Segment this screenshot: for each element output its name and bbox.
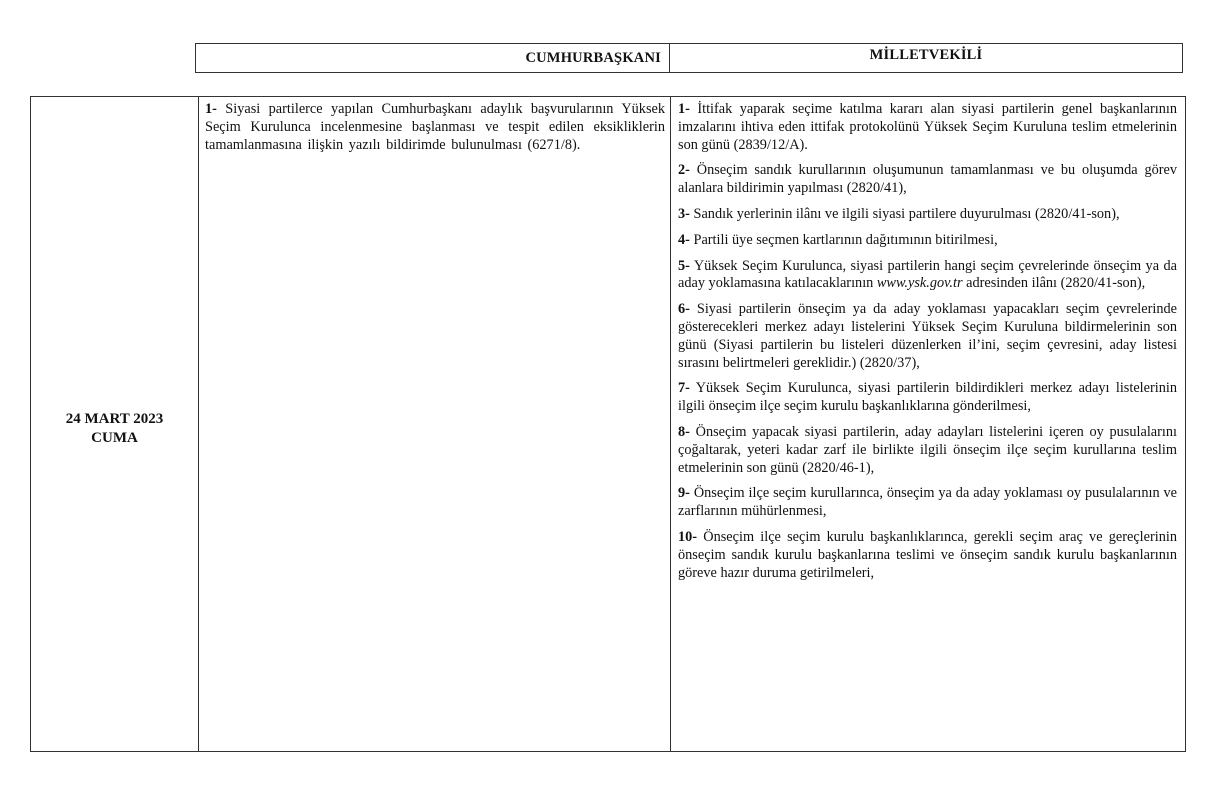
item-text: Siyasi partilerce yapılan Cumhurbaşkanı … [205,101,665,153]
milletvekili-item: 4- Partili üye seçmen kartlarının dağıtı… [678,232,1177,250]
schedule-table: 24 MART 2023 CUMA 1- Siyasi partilerce y… [30,96,1186,752]
item-number: 3- [678,206,690,222]
ysk-website-link[interactable]: www.ysk.gov.tr [877,275,963,291]
item-text: Önseçim yapacak siyasi partilerin, aday … [678,424,1177,476]
item-text: Sandık yerlerinin ilânı ve ilgili siyasi… [690,206,1120,222]
item-number: 4- [678,232,690,248]
item-number: 10- [678,529,697,545]
milletvekili-item: 9- Önseçim ilçe seçim kurullarınca, önse… [678,485,1177,521]
milletvekili-item: 7- Yüksek Seçim Kurulunca, siyasi partil… [678,380,1177,416]
item-number: 1- [205,101,217,117]
header-milletvekili: MİLLETVEKİLİ [670,44,1182,72]
milletvekili-cell: 1- İttifak yaparak seçime katılma kararı… [671,97,1185,751]
item-text: Önseçim ilçe seçim kurulu başkanlıkların… [678,529,1177,581]
item-number: 8- [678,424,690,440]
milletvekili-item: 10- Önseçim ilçe seçim kurulu başkanlıkl… [678,529,1177,582]
milletvekili-item: 5- Yüksek Seçim Kurulunca, siyasi partil… [678,258,1177,294]
column-header-row: CUMHURBAŞKANI MİLLETVEKİLİ [195,43,1183,73]
milletvekili-item: 3- Sandık yerlerinin ilânı ve ilgili siy… [678,206,1177,224]
item-text: Yüksek Seçim Kurulunca, siyasi partileri… [678,380,1177,414]
day-text: CUMA [91,429,138,448]
item-text: Partili üye seçmen kartlarının dağıtımın… [690,232,998,248]
item-text: Önseçim ilçe seçim kurullarınca, önseçim… [678,485,1177,519]
item-text: İttifak yaparak seçime katılma kararı al… [678,101,1177,153]
header-cumhurbaskani: CUMHURBAŞKANI [196,44,670,72]
item-number: 1- [678,101,690,117]
date-cell: 24 MART 2023 CUMA [31,97,199,751]
date-text: 24 MART 2023 [66,410,164,429]
item-number: 6- [678,301,690,317]
item-number: 7- [678,380,690,396]
item-number: 9- [678,485,690,501]
item-text: Önseçim sandık kurullarının oluşumunun t… [678,162,1177,196]
milletvekili-item: 8- Önseçim yapacak siyasi partilerin, ad… [678,424,1177,477]
milletvekili-item: 6- Siyasi partilerin önseçim ya da aday … [678,301,1177,372]
cumhurbaskani-item: 1- Siyasi partilerce yapılan Cumhurbaşka… [205,101,665,154]
item-text-after: adresinden ilânı (2820/41-son), [963,275,1146,291]
item-number: 5- [678,258,690,274]
item-number: 2- [678,162,690,178]
milletvekili-item: 1- İttifak yaparak seçime katılma kararı… [678,101,1177,154]
cumhurbaskani-cell: 1- Siyasi partilerce yapılan Cumhurbaşka… [199,97,671,751]
item-text: Siyasi partilerin önseçim ya da aday yok… [678,301,1177,370]
milletvekili-item: 2- Önseçim sandık kurullarının oluşumunu… [678,162,1177,198]
